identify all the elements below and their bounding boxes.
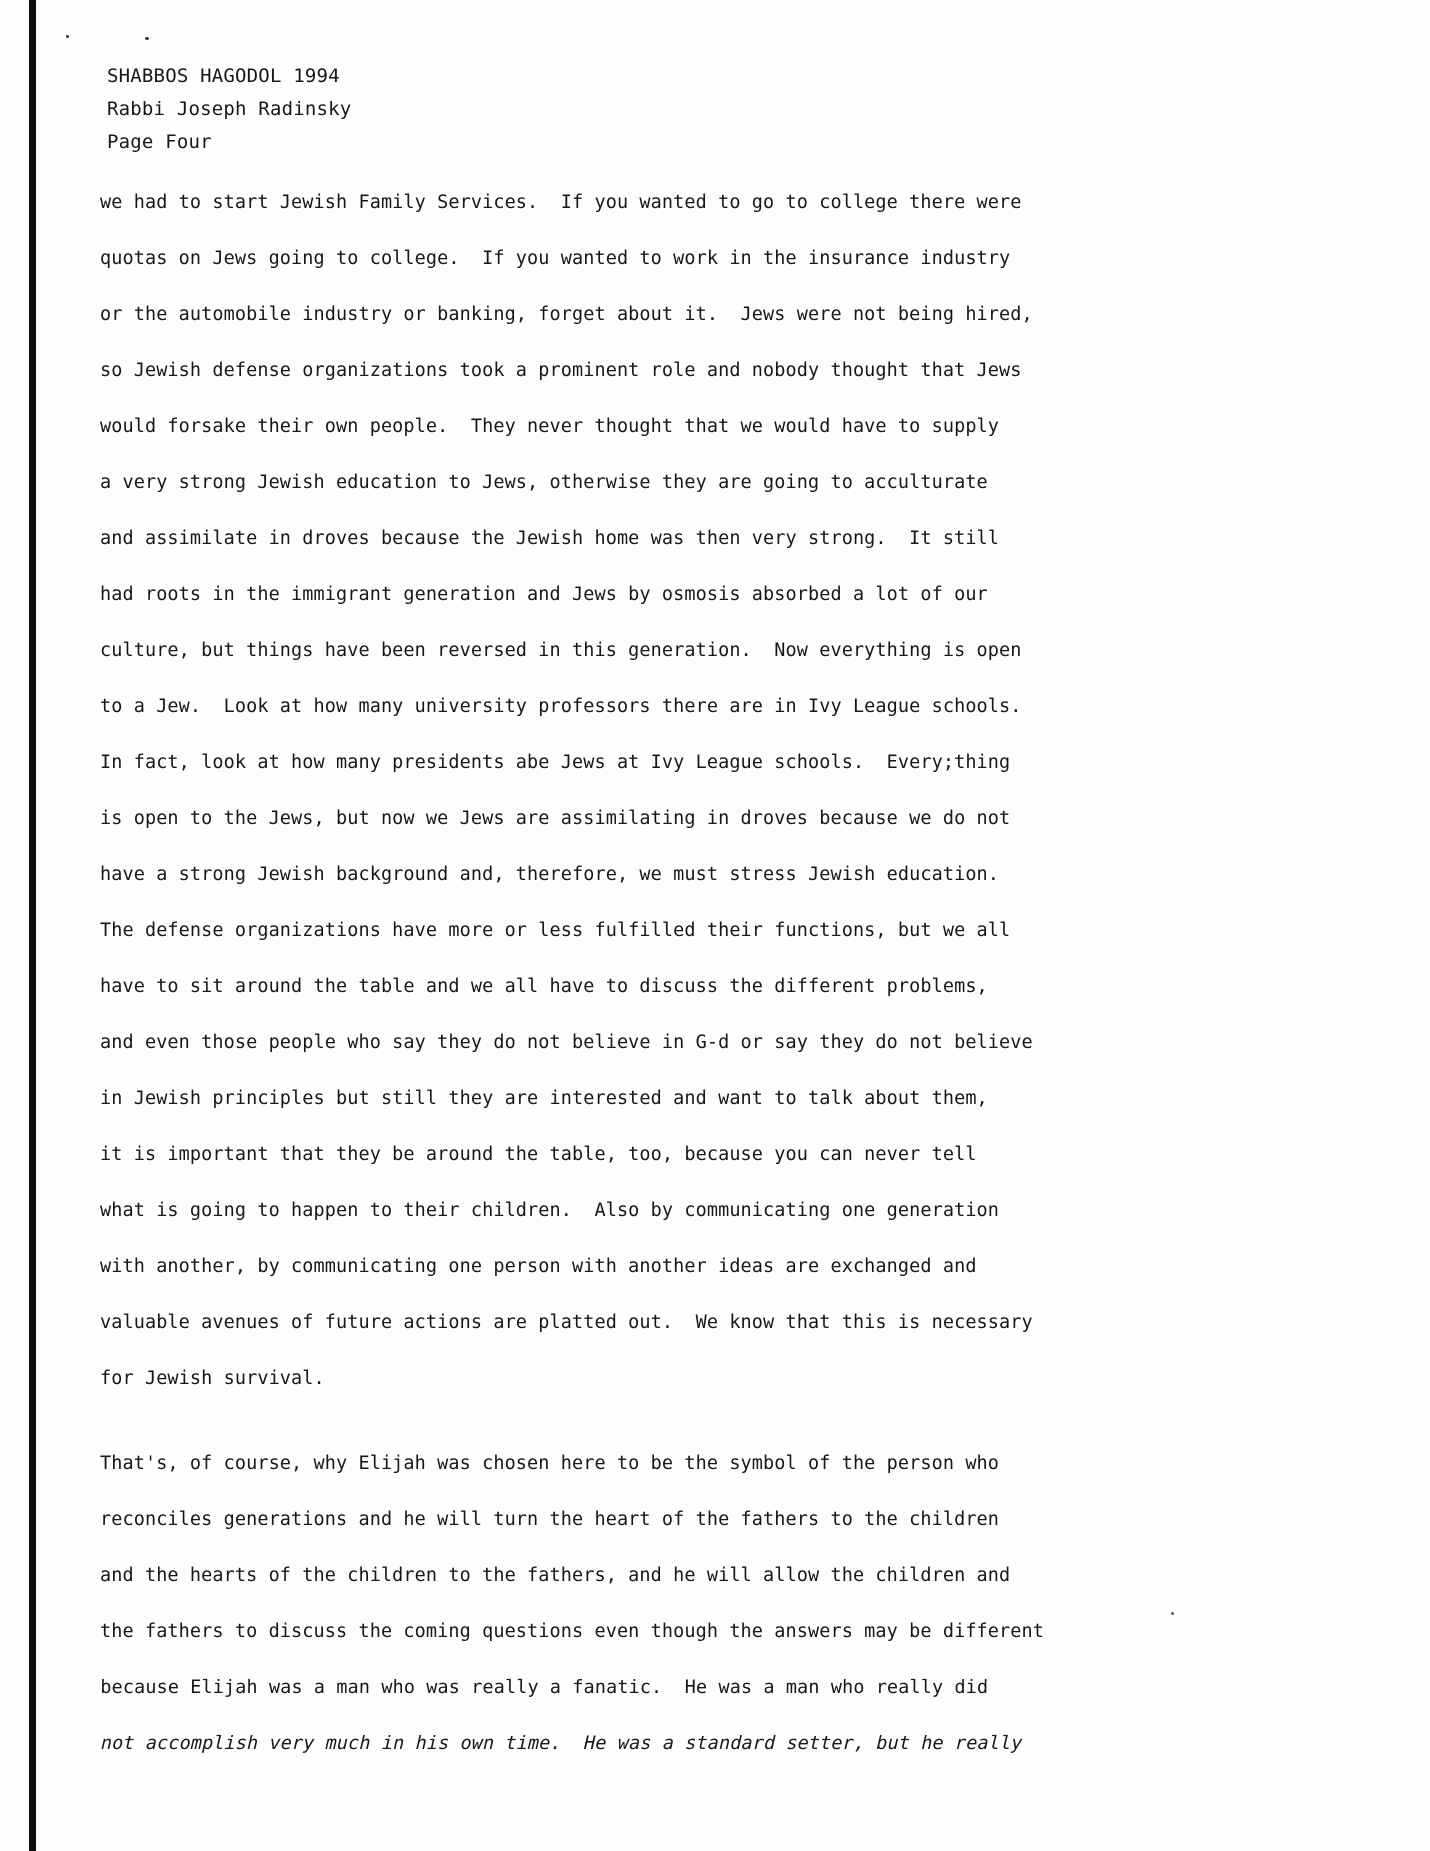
text-line: we had to start Jewish Family Services. …: [100, 175, 1044, 231]
text-line: have to sit around the table and we all …: [100, 959, 1044, 1015]
text-line: it is important that they be around the …: [100, 1127, 1044, 1183]
text-line: is open to the Jews, but now we Jews are…: [100, 791, 1044, 847]
text-line: and the hearts of the children to the fa…: [100, 1548, 1044, 1604]
page-number-label: Page Four: [107, 126, 351, 159]
text-line: had roots in the immigrant generation an…: [100, 567, 1044, 623]
text-line: reconciles generations and he will turn …: [100, 1492, 1044, 1548]
document-header: SHABBOS HAGODOL 1994 Rabbi Joseph Radins…: [107, 60, 351, 159]
text-line: what is going to happen to their childre…: [100, 1183, 1044, 1239]
document-title: SHABBOS HAGODOL 1994: [107, 60, 351, 93]
paragraph: we had to start Jewish Family Services. …: [100, 175, 1044, 1407]
text-line: to a Jew. Look at how many university pr…: [100, 679, 1044, 735]
text-line: and even those people who say they do no…: [100, 1015, 1044, 1071]
text-line: or the automobile industry or banking, f…: [100, 287, 1044, 343]
text-line: and assimilate in droves because the Jew…: [100, 511, 1044, 567]
text-line: culture, but things have been reversed i…: [100, 623, 1044, 679]
text-line: not accomplish very much in his own time…: [100, 1716, 1046, 1772]
text-line: a very strong Jewish education to Jews, …: [100, 455, 1044, 511]
scan-edge-strip: [29, 0, 36, 1851]
text-line: In fact, look at how many presidents abe…: [100, 735, 1044, 791]
paragraph: That's, of course, why Elijah was chosen…: [100, 1436, 1044, 1772]
text-line: have a strong Jewish background and, the…: [100, 847, 1044, 903]
scan-speck: [66, 35, 69, 38]
document-body: we had to start Jewish Family Services. …: [100, 175, 1044, 1772]
text-line: so Jewish defense organizations took a p…: [100, 343, 1044, 399]
scanned-document-page: SHABBOS HAGODOL 1994 Rabbi Joseph Radins…: [0, 0, 1430, 1851]
text-line: the fathers to discuss the coming questi…: [100, 1604, 1044, 1660]
scan-speck: [145, 37, 149, 40]
document-author: Rabbi Joseph Radinsky: [107, 93, 351, 126]
text-line: quotas on Jews going to college. If you …: [100, 231, 1044, 287]
text-line: would forsake their own people. They nev…: [100, 399, 1044, 455]
text-line: with another, by communicating one perso…: [100, 1239, 1044, 1295]
text-line: The defense organizations have more or l…: [100, 903, 1044, 959]
text-line: for Jewish survival.: [100, 1351, 1044, 1407]
text-line: That's, of course, why Elijah was chosen…: [100, 1436, 1044, 1492]
text-line: in Jewish principles but still they are …: [100, 1071, 1044, 1127]
text-line: valuable avenues of future actions are p…: [100, 1295, 1044, 1351]
text-line: because Elijah was a man who was really …: [100, 1660, 1045, 1716]
scan-speck: [1171, 1612, 1174, 1615]
